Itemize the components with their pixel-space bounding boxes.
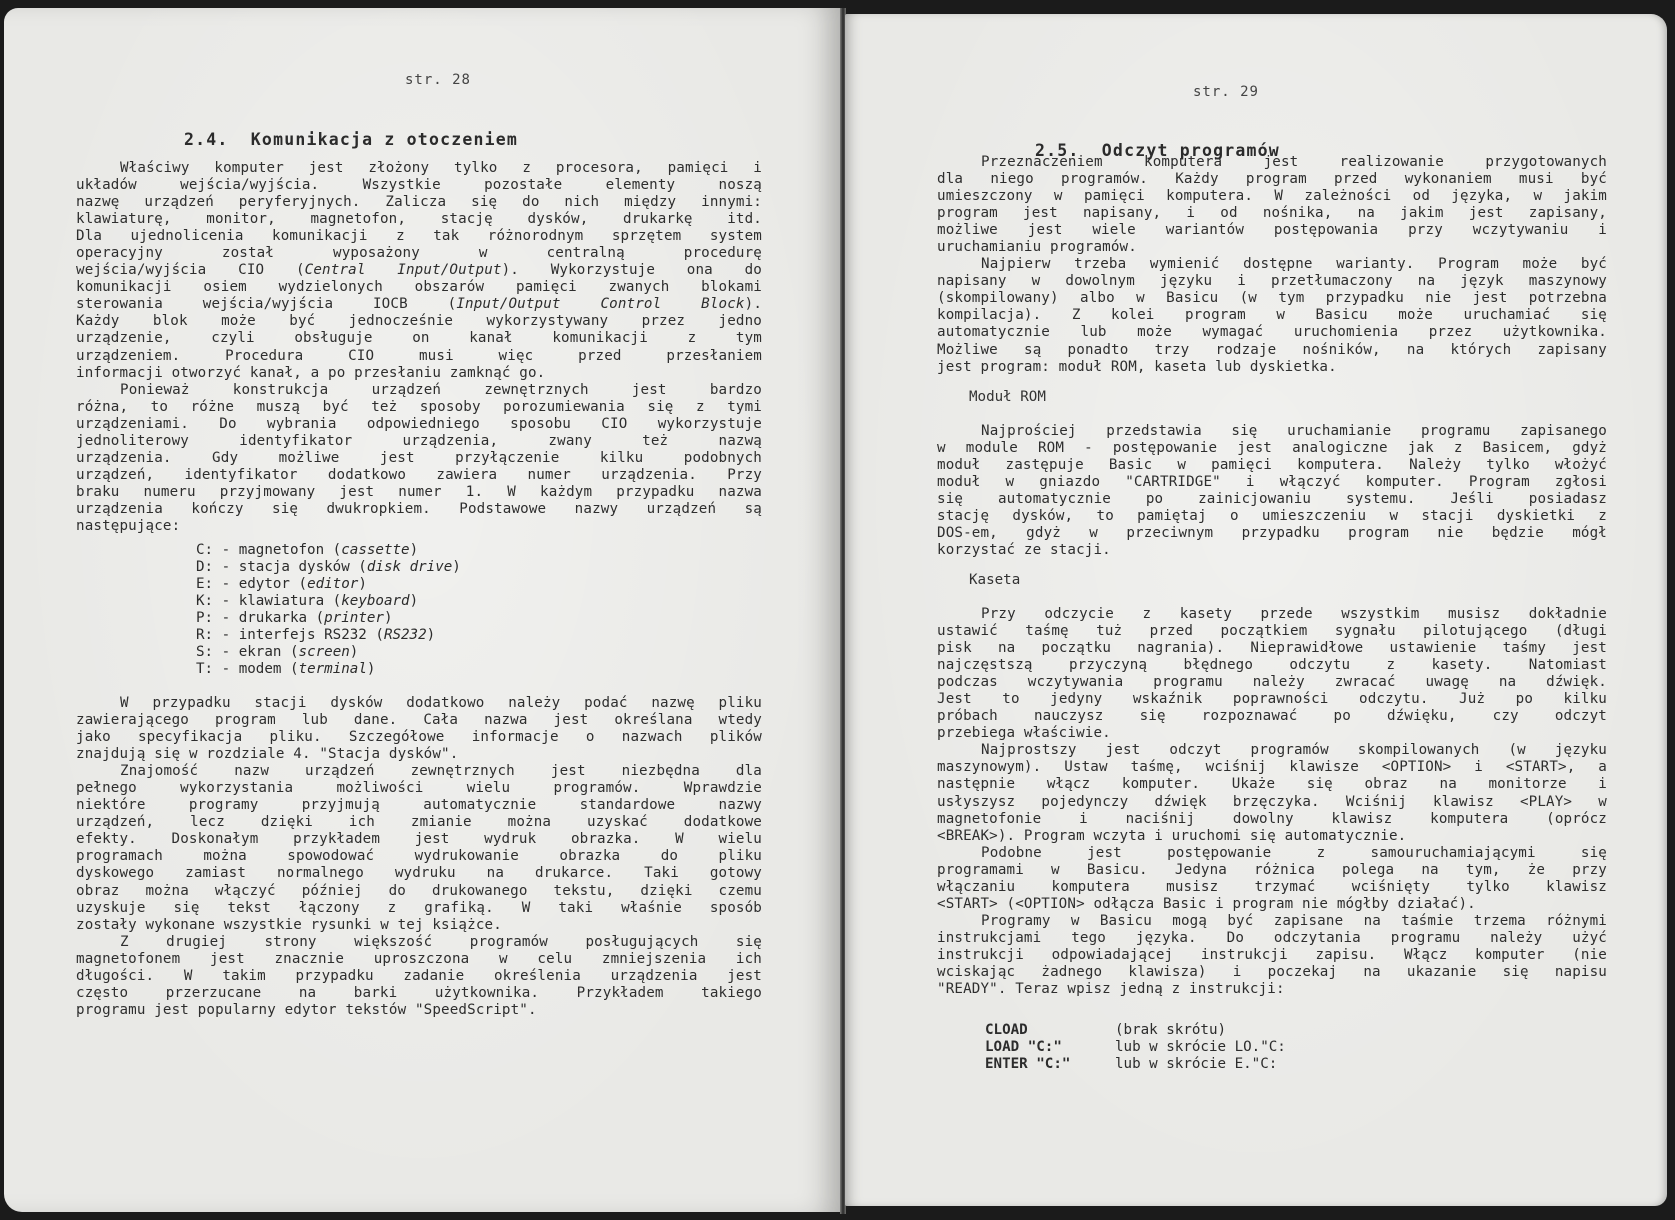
text-line: <BREAK>). Program wczyta i uruchomi się … xyxy=(937,828,1607,845)
text-line: moduł w gniazdo "CARTRIDGE" i włączyć ko… xyxy=(937,474,1607,491)
text-line: Najpierw trzeba wymienić dostępne warian… xyxy=(937,256,1607,273)
text-line: dyskowego zamiast normalnego wydruku na … xyxy=(76,865,762,882)
device-item: T: - modem (terminal) xyxy=(196,661,461,678)
instruction-command: LOAD "C:" xyxy=(985,1039,1115,1056)
instruction-row: CLOAD (brak skrótu) xyxy=(985,1022,1286,1039)
paragraph: W przypadku stacji dysków dodatkowo nale… xyxy=(76,695,762,763)
text-line: zawierającego program lub dane. Cała naz… xyxy=(76,712,762,729)
text-line: urządzenia kończy się dwukropkiem. Podst… xyxy=(76,501,762,518)
text-line: jednoliterowy identyfikator urządzenia, … xyxy=(76,433,762,450)
text-line: korzystać ze stacji. xyxy=(937,542,1607,559)
body-text-continued: W przypadku stacji dysków dodatkowo nale… xyxy=(76,695,762,1019)
paragraph: Najprościej przedstawia się uruchamianie… xyxy=(937,423,1607,559)
text-line: instrukcji odpowiadającej instrukcji zap… xyxy=(937,947,1607,964)
text-line: programach można spowodować wydrukowanie… xyxy=(76,848,762,865)
device-item: R: - interfejs RS232 (RS232) xyxy=(196,627,461,644)
text-line: możliwe jest wiele wariantów postępowani… xyxy=(937,222,1607,239)
paragraph: Z drugiej strony większość programów pos… xyxy=(76,934,762,1019)
instruction-note: lub w skrócie E."C: xyxy=(1115,1056,1277,1073)
device-item: D: - stacja dysków (disk drive) xyxy=(196,559,461,576)
device-item: C: - magnetofon (cassette) xyxy=(196,542,461,559)
text-line: włączaniu komputera musisz trzymać wciśn… xyxy=(937,879,1607,896)
device-item: K: - klawiatura (keyboard) xyxy=(196,593,461,610)
text-line: napisany w dowolnym języku i przetłumacz… xyxy=(937,273,1607,290)
text-line: obraz można włączyć później do drukowane… xyxy=(76,883,762,900)
text-line: automatycznie lub może wymagać uruchomie… xyxy=(937,324,1607,341)
subsection-title-rom: Moduł ROM xyxy=(969,389,1046,405)
text-line: znajdują się w rozdziale 4. "Stacja dysk… xyxy=(76,746,762,763)
text-line: Dla ujednolicenia komunikacji z tak różn… xyxy=(76,228,762,245)
text-line: następnie włącz komputer. Ukaże się obra… xyxy=(937,776,1607,793)
text-line: uruchamianiu programów. xyxy=(937,239,1607,256)
text-line: Przeznaczeniem komputera jest realizowan… xyxy=(937,154,1607,171)
text-line: urządzeniem. Procedura CIO musi więc prz… xyxy=(76,348,762,365)
text-line: jako specyfikacja pliku. Szczegółowe inf… xyxy=(76,729,762,746)
text-line: układów wejścia/wyjścia. Wszystkie pozos… xyxy=(76,177,762,194)
text-line: programami w Basicu. Jedyna różnica pole… xyxy=(937,862,1607,879)
text-line: magnetofonie i naciśnij dowolny klawisz … xyxy=(937,811,1607,828)
text-line: Możliwe są ponadto trzy rodzaje nośników… xyxy=(937,342,1607,359)
text-line: Najprostszy jest odczyt programów skompi… xyxy=(937,742,1607,759)
text-line: Przy odczycie z kasety przede wszystkim … xyxy=(937,606,1607,623)
body-text-intro: Właściwy komputer jest złożony tylko z p… xyxy=(76,160,762,535)
text-line: <START> (<OPTION> odłącza Basic i progra… xyxy=(937,896,1607,913)
text-line: DOS-em, gdyż w przeciwnym przypadku prog… xyxy=(937,525,1607,542)
instruction-command: ENTER "C:" xyxy=(985,1056,1115,1073)
text-line: maszynowym). Ustaw taśmę, wciśnij klawis… xyxy=(937,759,1607,776)
instruction-note: lub w skrócie LO."C: xyxy=(1115,1039,1286,1056)
body-text-cassette: Przy odczycie z kasety przede wszystkim … xyxy=(937,606,1607,998)
text-line: informacji otworzyć kanał, a po przesłan… xyxy=(76,365,762,382)
text-line: zostały wykonane wszystkie rysunki w tej… xyxy=(76,917,762,934)
device-item: E: - edytor (editor) xyxy=(196,576,461,593)
device-item: S: - ekran (screen) xyxy=(196,644,461,661)
instruction-row: ENTER "C:" lub w skrócie E."C: xyxy=(985,1056,1286,1073)
device-item: P: - drukarka (printer) xyxy=(196,610,461,627)
text-line: Ponieważ konstrukcja urządzeń zewnętrzny… xyxy=(76,382,762,399)
text-line: stację dysków, to pamiętaj o umieszczeni… xyxy=(937,508,1607,525)
text-line: się automatycznie po zainicjowaniu syste… xyxy=(937,491,1607,508)
text-line: braku numeru przyjmowany jest numer 1. W… xyxy=(76,484,762,501)
text-line: wciskając żadnego klawisza) i poczekaj n… xyxy=(937,964,1607,981)
text-line: w module ROM - postępowanie jest analogi… xyxy=(937,440,1607,457)
text-line: operacyjny został wyposażony w centralną… xyxy=(76,245,762,262)
text-line: jest program: moduł ROM, kaseta lub dysk… xyxy=(937,359,1607,376)
text-line: ustawić taśmę tuż przed początkiem sygna… xyxy=(937,623,1607,640)
load-instructions: CLOAD (brak skrótu) LOAD "C:" lub w skró… xyxy=(985,1022,1286,1073)
instruction-row: LOAD "C:" lub w skrócie LO."C: xyxy=(985,1039,1286,1056)
text-line: efekty. Doskonałym przykładem jest wydru… xyxy=(76,831,762,848)
text-line: uzyskuje się tekst łączony z grafiką. W … xyxy=(76,900,762,917)
text-line: kompilacja). Z kolei program w Basicu mo… xyxy=(937,307,1607,324)
text-line: najczęstszą przyczyną błędnego odczytu z… xyxy=(937,657,1607,674)
body-text-intro: Przeznaczeniem komputera jest realizowan… xyxy=(937,154,1607,376)
paragraph: Ponieważ konstrukcja urządzeń zewnętrzny… xyxy=(76,382,762,535)
instruction-note: (brak skrótu) xyxy=(1115,1022,1226,1039)
text-line: Każdy blok może być jednocześnie wykorzy… xyxy=(76,313,762,330)
text-line: podczas wczytywania programu należy zwra… xyxy=(937,674,1607,691)
text-line: klawiaturę, monitor, magnetofon, stację … xyxy=(76,211,762,228)
subsection-title-cassette: Kaseta xyxy=(969,572,1020,588)
text-line: niektóre programy przyjmują automatyczni… xyxy=(76,797,762,814)
page-number: str. 29 xyxy=(785,84,1667,100)
page-number: str. 28 xyxy=(34,72,842,88)
text-line: urządzeń, identyfikator dodatkowo zawier… xyxy=(76,467,762,484)
text-line: urządzeń, lecz dzięki ich zmianie można … xyxy=(76,814,762,831)
text-line: różna, to różne muszą być też sposoby po… xyxy=(76,399,762,416)
right-page: str. 29 2.5. Odczyt programów Przeznacze… xyxy=(845,14,1667,1206)
text-line: W przypadku stacji dysków dodatkowo nale… xyxy=(76,695,762,712)
text-line: Jest to jedyny wskaźnik poprawności odcz… xyxy=(937,691,1607,708)
text-line: Najprościej przedstawia się uruchamianie… xyxy=(937,423,1607,440)
paragraph: Najprostszy jest odczyt programów skompi… xyxy=(937,742,1607,844)
paragraph: Przy odczycie z kasety przede wszystkim … xyxy=(937,606,1607,742)
text-line: sterowania wejścia/wyjścia IOCB (Input/O… xyxy=(76,296,762,313)
text-line: umieszczony w pamięci komputera. W zależ… xyxy=(937,188,1607,205)
text-line: często przerzucane na barki użytkownika.… xyxy=(76,985,762,1002)
paragraph: Znajomość nazw urządzeń zewnętrznych jes… xyxy=(76,763,762,933)
text-line: pisk na początku nagrania). Nieprawidłow… xyxy=(937,640,1607,657)
text-line: długości. W takim przypadku zadanie okre… xyxy=(76,968,762,985)
paragraph: Najpierw trzeba wymienić dostępne warian… xyxy=(937,256,1607,375)
text-line: Znajomość nazw urządzeń zewnętrznych jes… xyxy=(76,763,762,780)
paragraph: Właściwy komputer jest złożony tylko z p… xyxy=(76,160,762,382)
text-line: urządzeniami. Do wybrania odpowiedniego … xyxy=(76,416,762,433)
text-line: magnetofonem jest znacznie uproszczona w… xyxy=(76,951,762,968)
paragraph: Podobne jest postępowanie z samouruchami… xyxy=(937,845,1607,913)
text-line: Z drugiej strony większość programów pos… xyxy=(76,934,762,951)
text-line: wejścia/wyjścia CIO (Central Input/Outpu… xyxy=(76,262,762,279)
text-line: Programy w Basicu mogą być zapisane na t… xyxy=(937,913,1607,930)
text-line: instrukcjami tego języka. Do odczytania … xyxy=(937,930,1607,947)
text-line: (skompilowany) albo w Basicu (w tym przy… xyxy=(937,290,1607,307)
instruction-command: CLOAD xyxy=(985,1022,1115,1039)
device-list: C: - magnetofon (cassette) D: - stacja d… xyxy=(196,542,461,678)
text-line: następujące: xyxy=(76,518,762,535)
text-line: komunikacji osiem wydzielonych obszarów … xyxy=(76,279,762,296)
text-line: Podobne jest postępowanie z samouruchami… xyxy=(937,845,1607,862)
text-line: programu jest popularny edytor tekstów "… xyxy=(76,1002,762,1019)
text-line: próbach nauczysz się rozpoznawać po dźwi… xyxy=(937,708,1607,725)
text-line: dla niego programów. Każdy program przed… xyxy=(937,171,1607,188)
text-line: przebiega właściwie. xyxy=(937,725,1607,742)
left-page: str. 28 2.4. Komunikacja z otoczeniem Wł… xyxy=(4,8,842,1212)
text-line: pełnego wykorzystania możliwości wielu p… xyxy=(76,780,762,797)
text-line: program jest napisany, i od nośnika, na … xyxy=(937,205,1607,222)
paragraph: Programy w Basicu mogą być zapisane na t… xyxy=(937,913,1607,998)
text-line: Właściwy komputer jest złożony tylko z p… xyxy=(76,160,762,177)
text-line: "READY". Teraz wpisz jedną z instrukcji: xyxy=(937,981,1607,998)
body-text-rom: Najprościej przedstawia się uruchamianie… xyxy=(937,423,1607,559)
text-line: urządzenia. Gdy możliwe jest przyłączeni… xyxy=(76,450,762,467)
section-heading: 2.4. Komunikacja z otoczeniem xyxy=(184,130,518,149)
text-line: urządzenie, czyli obsługuje on kanał kom… xyxy=(76,330,762,347)
text-line: usłyszysz pojedynczy dźwięk brzęczyka. W… xyxy=(937,794,1607,811)
paragraph: Przeznaczeniem komputera jest realizowan… xyxy=(937,154,1607,256)
text-line: moduł zastępuje Basic w pamięci komputer… xyxy=(937,457,1607,474)
text-line: nazwę urządzeń peryferyjnych. Zalicza si… xyxy=(76,194,762,211)
